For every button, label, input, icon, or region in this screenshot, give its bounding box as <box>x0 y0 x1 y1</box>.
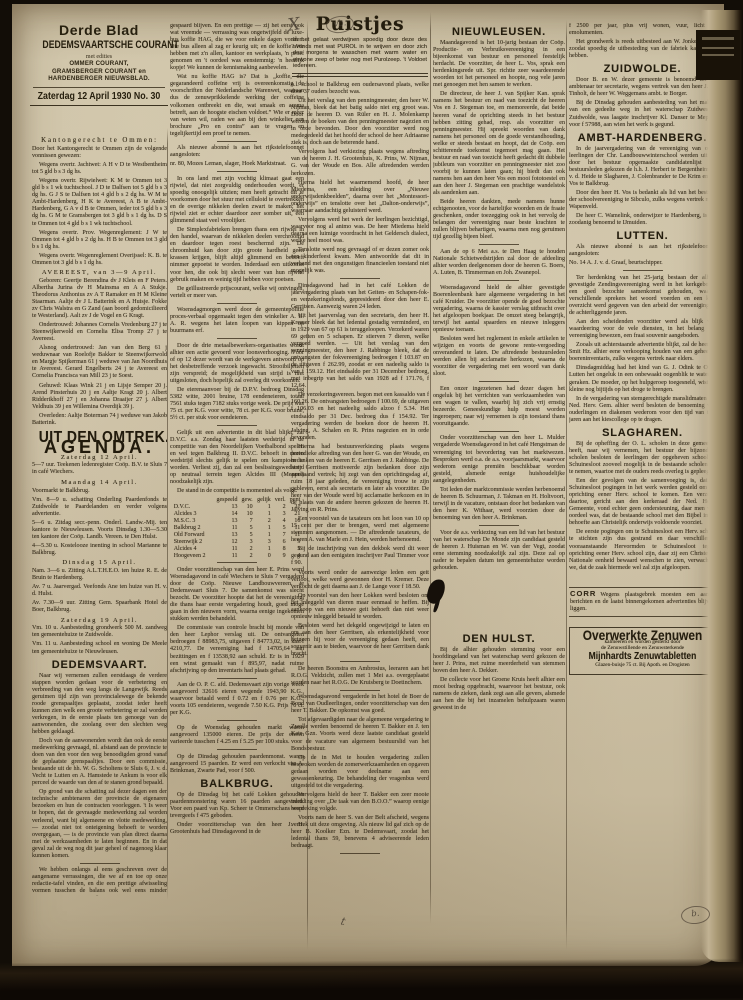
zenuwtabletten-advert: Overwerkte Zenuwenkalmeeren en worden ge… <box>569 627 716 676</box>
paragraph: Onder voorzitterschap van den heer J. H.… <box>170 822 304 836</box>
paragraph: De Simplexfabrieken brengen thans een ri… <box>170 227 304 283</box>
standings-row: Old Forward1351711 <box>173 532 302 539</box>
paragraph: Op de in Mei te houden vergadering zulle… <box>291 755 429 790</box>
advert-title: Overwerkte Zenuwen <box>580 632 704 639</box>
divider-rule <box>479 525 519 526</box>
standings-cell: 2 <box>238 546 253 553</box>
paragraph: Voorts nam de heer S. van der Belt afsch… <box>291 815 429 850</box>
date-subheading: Maandag 14 April. <box>32 479 167 486</box>
paragraph: Bij de alhier gehouden stemming voor een… <box>433 647 565 675</box>
standings-cell: 5 <box>238 532 253 539</box>
column-4: NIEUWLEUSEN.Maandagavond is het 10-jarig… <box>433 23 565 959</box>
paragraph: Op de Dinsdag gehouden paardenmonst. war… <box>170 754 304 775</box>
paragraph: Dinsdagmiddag had het kind van G. J. Odi… <box>569 365 716 393</box>
divider-rule <box>80 863 120 864</box>
divider-rule <box>217 562 257 563</box>
section-heading: DEN HULST. <box>433 636 565 643</box>
masthead-rule <box>30 105 168 106</box>
column-3: PuistjesIn het gelaat verdwijnen spoedig… <box>291 14 429 906</box>
paragraph: Uit het verslag van den penningmeester, … <box>291 98 429 147</box>
paragraph: Woensdagsavond vergaderde in het hotel d… <box>291 694 429 715</box>
section-heading: ZUIDWOLDE. <box>569 66 716 73</box>
standings-cell: 7 <box>238 518 253 525</box>
date-subheading: AVEREEST, van 3—9 April. <box>32 269 167 276</box>
advert-title: Puistjes <box>293 14 427 35</box>
paragraph: Wegens overtr. Prov. Wegenreglement: J W… <box>32 230 167 251</box>
paragraph: Door den heer H. Vos is bedankt als lid … <box>569 190 716 211</box>
standings-cell: 0 <box>254 553 272 560</box>
paragraph: Woensdagmorgen werd door de gemeentepoli… <box>170 307 304 335</box>
paragraph: Op de Woensdag gehouden markt waren aang… <box>170 725 304 746</box>
kicker-heading: Kantongerecht te Ommen: <box>32 137 167 144</box>
paragraph: Av. 7 u. Jaarvergad. Veefonds Ane ten hu… <box>32 584 167 598</box>
paragraph: Vervolgens werd het werk der leerlingen … <box>291 217 429 245</box>
section-heading: BALKBRUG. <box>170 781 304 788</box>
page-stack-edge <box>701 10 743 962</box>
paragraph: Beide heeren dankten, mede namens hunne … <box>433 199 565 241</box>
date-subheading: Zaterdag 19 April. <box>32 617 167 624</box>
paragraph: Aan den scheidenden voorzitter werd als … <box>569 319 716 340</box>
paragraph: In ons land met zijn vochtig klimaat gaa… <box>170 176 304 225</box>
paragraph: gespaard blijven. En een prettige — zij … <box>170 23 304 72</box>
column-5: f 2500 per jaar, plus vrij wonen, vuur, … <box>569 23 716 959</box>
paragraph: Door de drie metaalbewerkers-organisatie… <box>170 343 304 385</box>
standings-cell: 13 <box>212 518 239 525</box>
paragraph: Tenslotte werd nog gevraagd of er dezen … <box>291 247 429 275</box>
edition-label: Derde Blad <box>30 22 168 38</box>
divider-rule <box>623 270 663 271</box>
region-heading: UIT DEN OMTREK. <box>39 434 161 441</box>
paragraph: Wegens overtr. Jachtwet: A H v D te West… <box>32 162 167 176</box>
paragraph: Voormarkt te Balkbrug. <box>32 488 167 495</box>
standings-cell: 1 <box>254 546 272 553</box>
spacer <box>433 574 565 630</box>
section-heading: SLAGHAREN. <box>569 430 716 437</box>
corner-advert-box <box>696 30 740 80</box>
paragraph: Bij de inschrijving van den dekbok werd … <box>291 546 429 567</box>
newspaper-page-photo: Derde Blad DEDEMSVAARTSCHE COURANT met e… <box>0 0 743 1000</box>
paragraph: Geboren: Geertje Berendina dv J Kleis en… <box>32 278 167 320</box>
standings-cell: 11 <box>212 553 239 560</box>
column-divider <box>307 20 308 950</box>
paragraph: o.l. school te Balkbrug een oudersavond … <box>291 82 429 96</box>
column-divider <box>430 12 431 924</box>
advert-product-name: Mijnhardts Zenuwtabletten <box>583 653 703 660</box>
standings-cell: M.S.C. 3 <box>173 518 212 525</box>
divider-rule <box>217 678 257 679</box>
divider-rule <box>217 141 257 142</box>
standings-row: Alcides 4112185 <box>173 546 302 553</box>
date-subheading: Dinsdag 15 April. <box>32 559 167 566</box>
standings-table: gespeeldgew.gelijkverl.puntD.V.C.1310122… <box>173 497 302 559</box>
advert-footer: Glazen-buisje 75 ct. Bij Apoth. en Drogi… <box>572 662 713 669</box>
divider-rule <box>479 431 519 432</box>
paragraph: Voorts werd onder de aanwezige leden een… <box>291 570 429 591</box>
standings-cell: 14 <box>212 511 239 518</box>
divider-rule <box>217 720 257 721</box>
paragraph: Op grond van die schatting zal dezer dag… <box>32 789 167 859</box>
standings-cell: 1 <box>254 525 272 532</box>
paragraph: De verzekeringsvereen. begon met een kas… <box>291 392 429 441</box>
paragraph: De heer C. Wamelink, onderwijzer te Hard… <box>569 213 716 227</box>
paragraph: Ter herdenking van het 25-jarig bestaan … <box>569 275 716 317</box>
standings-row: Alcides 314101321 <box>173 511 302 518</box>
paragraph: No. 14 A. J. v. d. Graaf, beurtschipper. <box>569 260 716 267</box>
standings-cell: Hoogeveen 2 <box>173 553 212 560</box>
paragraph: Voor de a.s. verkiezing van een lid van … <box>433 530 565 572</box>
standings-cell: 7 <box>272 532 287 539</box>
column-2: gespaard blijven. En een prettige — zij … <box>170 23 304 959</box>
standings-cell: 1 <box>254 532 272 539</box>
divider-rule <box>217 749 257 750</box>
masthead-rule <box>33 87 165 88</box>
paragraph: In de jaarvergadering van de vereeniging… <box>569 146 716 188</box>
paragraph: De eerste pogingen om te Schuinesloot ee… <box>569 529 716 571</box>
paragraph: Hierna had bestuursverkiezing plaats weg… <box>291 444 429 514</box>
standings-cell: 3 <box>272 511 287 518</box>
standings-cell: 4 <box>272 518 287 525</box>
paragraph: Maandagavond is het 10-jarig bestaan der… <box>433 40 565 89</box>
paragraph: De eierenaanvoer bij de D.P.V. bedroeg D… <box>170 387 304 422</box>
standings-cell: 3 <box>238 539 253 546</box>
paragraph: Wat nu koffie HAG is? Dat is „koffie, di… <box>170 74 304 137</box>
newspaper-title: DEDEMSVAARTSCHE COURANT <box>42 39 155 51</box>
divider-rule <box>217 303 257 304</box>
paragraph: Alsnog ondertrouwd: Jan van den Berg 61 … <box>32 345 167 380</box>
paragraph: Bij de opheffing der O. L. scholen in de… <box>569 441 716 476</box>
masthead-edition-line: HARDENBERGER NIEUWSBLAD. <box>30 75 168 83</box>
paragraph: 4—5.30 u. Kostelooze inenting in school … <box>32 543 167 557</box>
standings-cell: 9 <box>272 553 287 560</box>
divider-rule <box>340 278 380 279</box>
paragraph: Vervolgens hield de heer T. Bakker een z… <box>291 792 429 813</box>
paragraph: Hierna hield het waarnemend hoofd, de he… <box>291 180 429 215</box>
paragraph: Naar wij vernemen zullen eerstdaags de v… <box>32 673 167 736</box>
standings-cell: Alcides 4 <box>173 546 212 553</box>
section-heading: AMBT-HARDENBERG. <box>569 135 716 142</box>
paragraph: Aan de O. P. C. afd. Dedemsvaart zijn vo… <box>170 682 304 717</box>
standings-cell: 2 <box>238 553 253 560</box>
standings-row: M.S.C. 31372416 <box>173 518 302 525</box>
paragraph: Een voorstel van de taxateurs om het loo… <box>291 516 429 544</box>
paragraph: Nam. 3—6 u. Zitting A.L.T.H.E.O. ten hui… <box>32 568 167 582</box>
paragraph: nr. 80, Mozes Leman, slager, Hoek Markts… <box>170 161 304 168</box>
paragraph: 5—6 u. Zitdag secr.-penn. Onderl. Landw.… <box>32 520 167 541</box>
divider-rule <box>479 244 519 245</box>
divider-rule <box>340 661 380 662</box>
paragraph: De geïllustreerde prijscourant, welke wi… <box>170 286 304 300</box>
paragraph: Aan de op 6 Mei a.s. te Den Haag te houd… <box>433 249 565 277</box>
paragraph: Vervolgens had verkiezing plaats wegens … <box>291 149 429 177</box>
paragraph: Gelijk uit een advertentie in dit blad b… <box>170 430 304 486</box>
paragraph: Een der gevolgen van de samenvoeging is,… <box>569 478 716 527</box>
paragraph: In de vergadering van stemgerechtigde ma… <box>569 396 716 424</box>
purol-advert: PuistjesIn het gelaat verdwijnen spoedig… <box>292 14 428 77</box>
divider-rule <box>217 171 257 172</box>
standings-row: Steenwijk 2123369 <box>173 539 302 546</box>
standings-cell: 6 <box>272 539 287 546</box>
column-divider <box>167 128 168 900</box>
paragraph: Op voorstel van den heer Lokken werd bes… <box>291 593 429 621</box>
standings-row: Balkbrug 21151511 <box>173 525 302 532</box>
standings-cell: 1 <box>254 511 272 518</box>
dateline: Zaterdag 12 April 1930 No. 30 <box>37 91 161 102</box>
spacer <box>569 574 716 584</box>
paragraph: De heeren Boonstra en Ambrosius, leerare… <box>291 666 429 687</box>
paragraph: Tot leden der marktcommissie werden herb… <box>433 487 565 522</box>
paragraph: De stand in de competitie is momenteel a… <box>170 488 304 495</box>
pen-x-mark: X <box>287 14 302 35</box>
paragraph: Onder voorzitterschap van den heer L. Mu… <box>433 435 565 484</box>
masthead-edition-line: OMMER COURANT, <box>30 60 168 68</box>
standings-cell: 3 <box>254 539 272 546</box>
divider-rule <box>340 690 380 691</box>
paragraph: De collecte voor het Groene Kruis heeft … <box>433 677 565 712</box>
paragraph: Vm. 11 u. Aanbesteding school en woning … <box>32 641 167 655</box>
paragraph: Onder voorzitterschap van den heer E. Pr… <box>170 567 304 623</box>
column-1: Kantongerecht te Ommen:Door het Kantonge… <box>32 136 167 896</box>
standings-cell: 8 <box>272 546 287 553</box>
paragraph: Uit het jaarverslag van den secretaris, … <box>291 313 429 391</box>
standings-cell: 13 <box>212 532 239 539</box>
paragraph: Wegens overtr. Wegenreglement Overijssel… <box>32 253 167 267</box>
paragraph: Op de Dinsdag bij het café Lokken gehoud… <box>170 792 304 820</box>
paragraph: Woensdagavond hield de alhier gevestigde… <box>433 285 565 334</box>
paragraph: De directeur, de heer J. van Spijker Kan… <box>433 91 565 197</box>
standings-cell: Balkbrug 2 <box>173 525 212 532</box>
standings-cell: Alcides 3 <box>173 511 212 518</box>
standings-cell: 5 <box>238 525 253 532</box>
masthead-edition-line: GRAMSBERGER COURANT en <box>30 68 168 76</box>
divider-rule <box>479 280 519 281</box>
paragraph: Zooals uit achterstaande advertentie bli… <box>569 342 716 363</box>
divider-rule <box>479 381 519 382</box>
paragraph: Dinsdagavond had in het café Lokken de j… <box>291 283 429 311</box>
column-divider <box>566 20 567 950</box>
section-heading: NIEUWLEUSEN. <box>433 29 565 36</box>
paragraph: Als nieuwe abonné is aan het rijkstelefo… <box>569 244 716 258</box>
paragraph: Door B. en W. dezer gemeente is benoemd … <box>569 77 716 98</box>
standings-cell: 5 <box>272 525 287 532</box>
standings-cell: 11 <box>212 546 239 553</box>
paragraph: Besloten werd het dekgeld ongewijzigd te… <box>291 623 429 658</box>
paragraph: Vm. 8—9 u. schatting Onderling Paardenfo… <box>32 497 167 518</box>
photo-background-band <box>0 958 743 1000</box>
divider-rule <box>217 338 257 339</box>
paragraph: We hebben onlangs al eens geschreven ove… <box>32 867 167 896</box>
divider-rule <box>340 853 380 854</box>
paragraph: Tot afgevaardigden naar de algemeene ver… <box>291 717 429 752</box>
section-heading: DEDEMSVAART. <box>32 662 167 669</box>
standings-cell: Old Forward <box>173 532 212 539</box>
spacer <box>569 620 716 625</box>
paragraph: Gehuwd: Klaas Wink 21 j en Lijsje Semper… <box>32 383 167 411</box>
paragraph: Doch van de aanwonenden wordt dan ook de… <box>32 738 167 787</box>
advert-body: In het gelaat verdwijnen spoedig door de… <box>293 37 427 70</box>
standings-cell: 11 <box>212 525 239 532</box>
standings-cell: 10 <box>238 511 253 518</box>
divider-rule <box>217 425 257 426</box>
paragraph: Bij de Dinsdag gehouden aanbesteding van… <box>569 100 716 128</box>
paragraph: Wegens overtr. Rijwielwet: K M te Ommen … <box>32 178 167 227</box>
paragraph: Overleden: Aaltje Boterman 74 j weduwe v… <box>32 413 167 427</box>
paragraph: De commissie van controle bracht bij mon… <box>170 625 304 674</box>
correction-label: CORR <box>570 589 596 598</box>
paragraph: Door het Kantongerecht te Ommen zijn de … <box>32 146 167 160</box>
paragraph: Een onzer ingezetenen had dezer dagen he… <box>433 386 565 428</box>
paragraph: Besloten werd het reglement in enkele ar… <box>433 336 565 378</box>
standings-cell: Steenwijk 2 <box>173 539 212 546</box>
section-heading: LUTTEN. <box>569 233 716 240</box>
paragraph: f 2500 per jaar, plus vrij wonen, vuur, … <box>569 23 716 37</box>
standings-cell: 2 <box>254 518 272 525</box>
masthead: Derde Blad DEDEMSVAARTSCHE COURANT met e… <box>30 22 168 106</box>
paragraph: Vm. 10 u. Aanbesteding grondwerk 500 M. … <box>32 625 167 639</box>
standings-cell: 12 <box>212 539 239 546</box>
paragraph: Als nieuwe abonné is aan het rijkstelefo… <box>170 145 304 159</box>
paragraph: Het grondwerk is reeds uitbesteed aan W.… <box>569 39 716 60</box>
standings-row: Hoogeveen 2112094 <box>173 553 302 560</box>
paragraph: 5—7 uur. Teekenen ledenregister Coöp. B.… <box>32 462 167 476</box>
correction-notice: CORRWegens plaatsgebrek moesten een aant… <box>569 587 716 617</box>
paragraph: Ondertrouwd: Johannes Cornelis Vredenbur… <box>32 322 167 343</box>
paragraph: Av. 7.30—9 uur. Zitting Gem. Spaarbank H… <box>32 600 167 614</box>
